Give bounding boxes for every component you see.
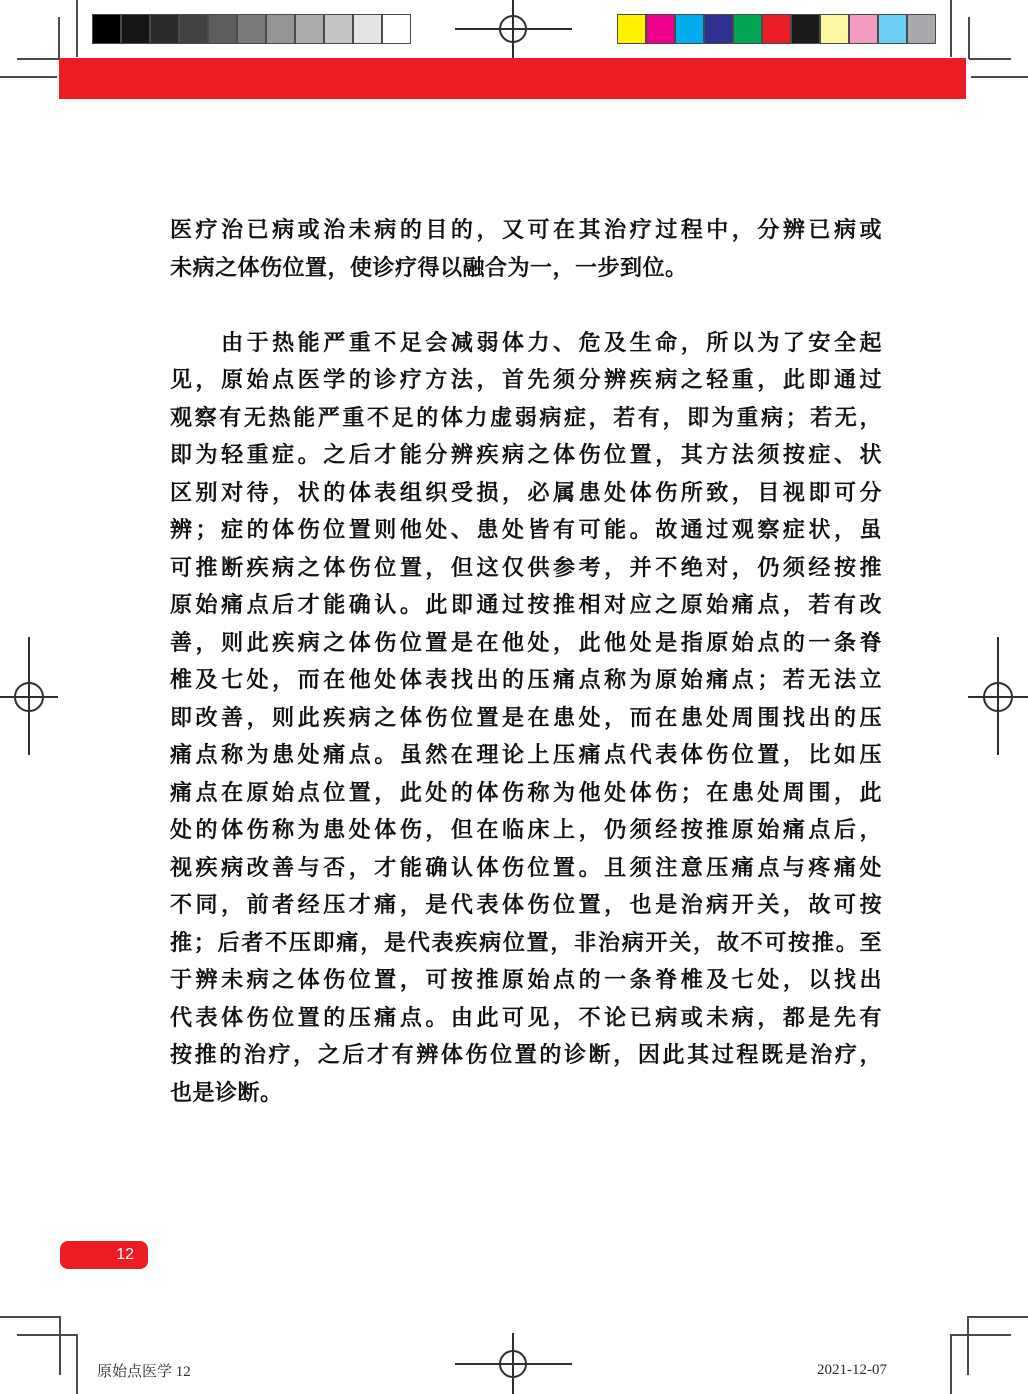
trim-mark (17, 1334, 77, 1336)
text-line: 医疗治已病或治未病的目的，又可在其治疗过程中，分辨已病或 (170, 211, 882, 249)
footer-book-title: 原始点医学 12 (97, 1360, 191, 1381)
calibration-swatch (121, 14, 150, 44)
trim-mark (969, 58, 1011, 60)
trim-mark (971, 76, 1028, 78)
text-line: 代表体伤位置的压痛点。由此可见，不论已病或未病，都是先有 (170, 999, 882, 1037)
calibration-swatch (878, 14, 907, 44)
calibration-swatch (791, 14, 820, 44)
red-banner (59, 58, 966, 99)
grayscale-calibration-strip (92, 14, 411, 44)
trim-mark (950, 1334, 952, 1394)
trim-mark (967, 1316, 969, 1375)
calibration-swatch (382, 14, 411, 44)
trim-mark (0, 76, 57, 78)
calibration-swatch (646, 14, 675, 44)
text-line: 由于热能严重不足会减弱体力、危及生命，所以为了安全起 (170, 324, 882, 362)
text-line: 见，原始点医学的诊疗方法，首先须分辨疾病之轻重，此即通过 (170, 361, 882, 399)
calibration-swatch (324, 14, 353, 44)
calibration-swatch (704, 14, 733, 44)
trim-mark (968, 17, 970, 59)
body-text: 医疗治已病或治未病的目的，又可在其治疗过程中，分辨已病或未病之体伤位置，使诊疗得… (170, 211, 882, 1149)
trim-mark (76, 0, 78, 57)
text-line: 即为轻重症。之后才能分辨疾病之体伤位置，其方法须按症、状 (170, 436, 882, 474)
page-number-badge: 12 (60, 1241, 148, 1269)
text-line: 区别对待，状的体表组织受损，必属患处体伤所致，目视即可分 (170, 474, 882, 512)
calibration-swatch (733, 14, 762, 44)
text-line: 原始痛点后才能确认。此即通过按推相对应之原始痛点，若有改 (170, 586, 882, 624)
trim-mark (950, 0, 952, 57)
text-line: 视疾病改善与否，才能确认体伤位置。且须注意压痛点与疼痛处 (170, 849, 882, 887)
calibration-swatch (150, 14, 179, 44)
trim-mark (58, 17, 60, 59)
calibration-swatch (266, 14, 295, 44)
calibration-swatch (237, 14, 266, 44)
text-line: 按推的治疗，之后才有辨体伤位置的诊断，因此其过程既是治疗， (170, 1036, 882, 1074)
calibration-swatch (179, 14, 208, 44)
calibration-swatch (907, 14, 936, 44)
calibration-swatch (675, 14, 704, 44)
text-line: 辨；症的体伤位置则他处、患处皆有可能。故通过观察症状，虽 (170, 511, 882, 549)
trim-mark (968, 1316, 1028, 1318)
calibration-swatch (617, 14, 646, 44)
text-line: 推；后者不压即痛，是代表疾病位置，非治病开关，故不可按推。至 (170, 924, 882, 962)
text-line: 善，则此疾病之体伤位置是在他处，此他处是指原始点的一条脊 (170, 624, 882, 662)
text-line: 即改善，则此疾病之体伤位置是在患处，而在患处周围找出的压 (170, 699, 882, 737)
text-line: 可推断疾病之体伤位置，但这仅供参考，并不绝对，仍须经按推 (170, 549, 882, 587)
calibration-swatch (353, 14, 382, 44)
text-line: 痛点在原始点位置，此处的体伤称为他处体伤；在患处周围，此 (170, 774, 882, 812)
trim-mark (59, 1316, 61, 1375)
text-line: 未病之体伤位置，使诊疗得以融合为一，一步到位。 (170, 249, 882, 287)
text-line: 不同，前者经压才痛，是代表体伤位置，也是治病开关，故可按 (170, 886, 882, 924)
text-line: 痛点称为患处痛点。虽然在理论上压痛点代表体伤位置，比如压 (170, 736, 882, 774)
paragraph: 由于热能严重不足会减弱体力、危及生命，所以为了安全起见，原始点医学的诊疗方法，首… (170, 324, 882, 1112)
trim-mark (76, 1334, 78, 1394)
book-page: 医疗治已病或治未病的目的，又可在其治疗过程中，分辨已病或未病之体伤位置，使诊疗得… (0, 0, 1028, 1394)
trim-mark (0, 1316, 60, 1318)
calibration-swatch (762, 14, 791, 44)
calibration-swatch (849, 14, 878, 44)
calibration-swatch (208, 14, 237, 44)
text-line: 观察有无热能严重不足的体力虚弱病症，若有，即为重病；若无， (170, 399, 882, 437)
text-line: 椎及七处，而在他处体表找出的压痛点称为原始痛点；若无法立 (170, 661, 882, 699)
paragraph: 医疗治已病或治未病的目的，又可在其治疗过程中，分辨已病或未病之体伤位置，使诊疗得… (170, 211, 882, 286)
calibration-swatch (92, 14, 121, 44)
text-line: 于辨未病之体伤位置，可按推原始点的一条脊椎及七处，以找出 (170, 961, 882, 999)
text-line: 也是诊断。 (170, 1074, 882, 1112)
trim-mark (951, 1334, 1011, 1336)
calibration-swatch (820, 14, 849, 44)
footer-date: 2021-12-07 (817, 1362, 887, 1379)
trim-mark (17, 58, 59, 60)
text-line: 处的体伤称为患处体伤，但在临床上，仍须经按推原始痛点后， (170, 811, 882, 849)
color-calibration-strip (617, 14, 936, 44)
calibration-swatch (295, 14, 324, 44)
